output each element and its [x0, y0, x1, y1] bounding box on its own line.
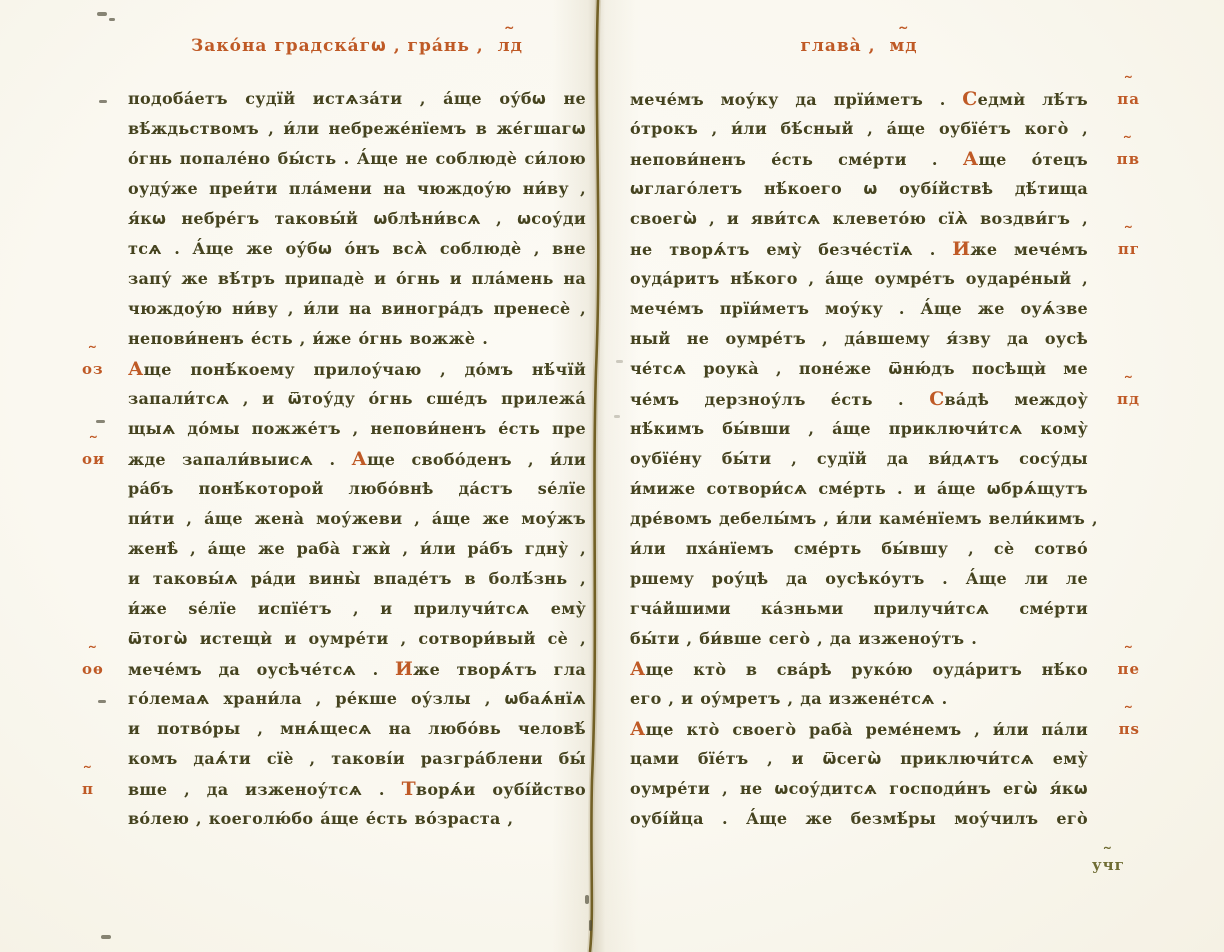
text-segment: мече́мъ моу́ку да прїи́метъ .	[630, 90, 962, 109]
text-segment: оуду́же преи́ти пла́мени на чюждоу́ю ни́…	[128, 179, 586, 198]
text-segment: вѣ́ждьствомъ , и́ли небреже́нїемъ в же́г…	[128, 119, 586, 138]
text-line: непови́ненъ е́сть , и́же о́гнь вожжѐ .	[128, 324, 586, 354]
text-line: нѣ́кимъ бы́вши , а́ще приключи́тсѧ кому̀	[630, 414, 1088, 444]
text-line: мече́мъ моу́ку да прїи́метъ . Седмѝ лѣ́т…	[630, 84, 1088, 114]
running-header-left: Зако́на градска́гѡ , гра́нь , лд	[128, 36, 586, 56]
header-chapter-number: лд	[498, 36, 523, 56]
rubric-initial: А	[352, 448, 368, 470]
text-line: цами бїе́тъ , и ѿсегѡ̀ приключи́тсѧ ему̀	[630, 744, 1088, 774]
text-segment: же мече́мъ	[970, 240, 1088, 259]
text-segment: о́трокъ , и́ли бѣ́сный , а́ще оубїе́тъ к…	[630, 119, 1088, 138]
text-segment: запу́ же вѣ́тръ припадѐ и о́гнь и пла́ме…	[128, 269, 586, 288]
text-line: ра́бъ понѣ́которой любо́внѣ да́стъ ѕе́лї…	[128, 474, 586, 504]
text-segment: ра́бъ понѣ́которой любо́внѣ да́стъ ѕе́лї…	[128, 479, 586, 498]
text-segment: ще о́тецъ	[978, 150, 1088, 169]
scan-speck	[97, 12, 107, 16]
text-line: Аще кто̀ в сва́рѣ руко́ю оуда́ритъ нѣ́ко…	[630, 654, 1088, 684]
text-segment: не творѧ́тъ ему̀ безче́стїѧ .	[630, 240, 952, 259]
text-line: щыѧ до́мы пожже́тъ , непови́ненъ е́сть п…	[128, 414, 586, 444]
text-segment: нѣ́кимъ бы́вши , а́ще приключи́тсѧ кому̀	[630, 419, 1088, 438]
text-line: вше , да изженоу́тсѧ . Творѧ́и оубі́йств…	[128, 774, 586, 804]
margin-article-number: пд	[1117, 385, 1140, 413]
text-line: че́мъ дерзноу́лъ е́сть . Сва́дѣ междоу̀п…	[630, 384, 1088, 414]
text-line: ршему роу́цѣ да оусѣко́утъ . А́ще ли ле	[630, 564, 1088, 594]
book-spread: Зако́на градска́гѡ , гра́нь , лд глава̀ …	[0, 0, 1224, 952]
text-segment: ва́дѣ междоу̀	[945, 390, 1088, 409]
text-segment: своегѡ̀ , и яви́тсѧ клевето́ю сїѧ̀ воздв…	[630, 209, 1088, 228]
margin-article-number: п	[82, 775, 94, 803]
text-line: его , и оу́мретъ , да изжене́тсѧ .	[630, 684, 1088, 714]
text-segment: оуда́ритъ нѣ́кого , а́ще оумре́тъ оударе…	[630, 269, 1088, 288]
text-line: оубїе́ну бы́ти , судїй да ви́дѧтъ сосу́д…	[630, 444, 1088, 474]
text-segment: о́гнь попале́но бы́сть . А́ще не соблюдѐ…	[128, 149, 586, 168]
rubric-initial: А	[630, 658, 646, 680]
scan-speck	[101, 935, 111, 939]
scan-speck	[98, 700, 106, 703]
text-segment: ѡглаго́летъ нѣ́коего ѡ оубі́йствѣ дѣ́тищ…	[630, 179, 1088, 198]
text-line: че́тсѧ роука̀ , поне́же ѿню́дъ посѣщѝ ме	[630, 354, 1088, 384]
text-line: о́трокъ , и́ли бѣ́сный , а́ще оубїе́тъ к…	[630, 114, 1088, 144]
text-line: оубі́йца . А́ще же безмѣ́ры моу́чилъ его…	[630, 804, 1088, 834]
text-segment: запали́тсѧ , и ѿтоу́ду о́гнь сше́дъ прил…	[128, 389, 586, 408]
text-line: оуда́ритъ нѣ́кого , а́ще оумре́тъ оударе…	[630, 264, 1088, 294]
folio-number: учг	[1092, 856, 1125, 874]
text-line: не творѧ́тъ ему̀ безче́стїѧ . Иже мече́м…	[630, 234, 1088, 264]
text-line: ѿтогѡ̀ истещѝ и оумре́ти , сотвори́вый с…	[128, 624, 586, 654]
text-segment: и́ли пха́нїемъ сме́рть бы́вшу , сѐ сотво…	[630, 539, 1088, 558]
text-segment: гча́йшими ка́зньми прилучи́тсѧ сме́рти	[630, 599, 1088, 618]
text-line: гча́йшими ка́зньми прилучи́тсѧ сме́рти	[630, 594, 1088, 624]
text-segment: мече́мъ прїи́метъ моу́ку . А́ще же оуѧ́з…	[630, 299, 1088, 318]
text-line: комъ даѧ́ти сїѐ , такові́и разгра́блени …	[128, 744, 586, 774]
text-line: запали́тсѧ , и ѿтоу́ду о́гнь сше́дъ прил…	[128, 384, 586, 414]
rubric-initial: С	[929, 388, 944, 410]
margin-article-number: ои	[82, 445, 105, 473]
text-segment: и потво́ры , мнѧ́щесѧ на любо́вь человѣ́	[128, 719, 586, 738]
text-segment: бы́ти , би́вше сего̀ , да изженоу́тъ .	[630, 629, 977, 648]
text-segment: ворѧ́и оубі́йство	[416, 780, 586, 799]
text-line: Аще понѣ́коему прилоу́чаю , до́мъ нѣ́чїй…	[128, 354, 586, 384]
right-page: мече́мъ моу́ку да прїи́метъ . Седмѝ лѣ́т…	[630, 84, 1088, 834]
text-segment: оубі́йца . А́ще же безмѣ́ры моу́чилъ его…	[630, 809, 1088, 828]
text-segment: комъ даѧ́ти сїѐ , такові́и разгра́блени …	[128, 749, 586, 768]
text-line: ный не оумре́тъ , да́вшему я́зву да оусѣ	[630, 324, 1088, 354]
text-line: тсѧ . А́ще же оу́бѡ о́нъ всѧ̀ соблюдѐ , …	[128, 234, 586, 264]
rubric-initial: А	[630, 718, 646, 740]
text-line: о́гнь попале́но бы́сть . А́ще не соблюдѐ…	[128, 144, 586, 174]
margin-article-number: па	[1117, 85, 1140, 113]
scan-speck	[99, 100, 107, 103]
text-segment: ще кто̀ своего̀ раба̀ реме́немъ , и́ли п…	[646, 720, 1088, 739]
right-page-lines: мече́мъ моу́ку да прїи́метъ . Седмѝ лѣ́т…	[630, 84, 1088, 834]
text-segment: женѣ̀ , а́ще же раба̀ гжѝ , и́ли ра́бъ г…	[128, 539, 586, 558]
text-line: бы́ти , би́вше сего̀ , да изженоу́тъ .	[630, 624, 1088, 654]
text-line: и́ли пха́нїемъ сме́рть бы́вшу , сѐ сотво…	[630, 534, 1088, 564]
text-line: Аще кто̀ своего̀ раба̀ реме́немъ , и́ли …	[630, 714, 1088, 744]
text-segment: вше , да изженоу́тсѧ .	[128, 780, 402, 799]
text-segment: пи́ти , а́ще жена̀ моу́жеви , а́ще же мо…	[128, 509, 586, 528]
text-segment: оубїе́ну бы́ти , судїй да ви́дѧтъ сосу́д…	[630, 449, 1088, 468]
text-segment: же творѧ́тъ гла	[413, 660, 586, 679]
text-line: пи́ти , а́ще жена̀ моу́жеви , а́ще же мо…	[128, 504, 586, 534]
left-page: подоба́етъ судїй истѧза́ти , а́ще оу́бѡ …	[128, 84, 586, 834]
text-line: я́кѡ небре́гъ таковы́й ѡблѣни́всѧ , ѡсоу…	[128, 204, 586, 234]
text-segment: щыѧ до́мы пожже́тъ , непови́ненъ е́сть п…	[128, 419, 586, 438]
text-line: оуду́же преи́ти пла́мени на чюждоу́ю ни́…	[128, 174, 586, 204]
text-line: ѡглаго́летъ нѣ́коего ѡ оубі́йствѣ дѣ́тищ…	[630, 174, 1088, 204]
rubric-initial: Т	[402, 778, 416, 800]
text-segment: че́мъ дерзноу́лъ е́сть .	[630, 390, 929, 409]
text-line: жде запали́выисѧ . Аще свобо́денъ , и́ли…	[128, 444, 586, 474]
margin-article-number: пв	[1117, 145, 1140, 173]
scan-speck	[589, 920, 592, 931]
text-segment: ный не оумре́тъ , да́вшему я́зву да оусѣ	[630, 329, 1088, 348]
text-segment: и таковы́ѧ ра́ди вины̀ впаде́тъ в болѣ́з…	[128, 569, 586, 588]
text-line: своегѡ̀ , и яви́тсѧ клевето́ю сїѧ̀ воздв…	[630, 204, 1088, 234]
text-line: оумре́ти , не ѡсоу́дитсѧ господи́нъ егѡ̀…	[630, 774, 1088, 804]
scan-speck	[109, 18, 115, 21]
text-segment: чюждоу́ю ни́ву , и́ли на виногра́дъ прен…	[128, 299, 586, 318]
text-segment: непови́ненъ е́сть , и́же о́гнь вожжѐ .	[128, 329, 488, 348]
text-segment: подоба́етъ судїй истѧза́ти , а́ще оу́бѡ …	[128, 89, 586, 108]
rubric-initial: И	[395, 658, 413, 680]
text-segment: и́же ѕе́лїе испїе́тъ , и прилучи́тсѧ ему…	[128, 599, 586, 618]
scan-speck	[614, 415, 620, 418]
running-header-right: глава̀ , мд	[630, 36, 1088, 56]
text-segment: во́лею , коеголю́бо а́ще е́сть во́зраста…	[128, 809, 513, 828]
text-line: мече́мъ прїи́метъ моу́ку . А́ще же оуѧ́з…	[630, 294, 1088, 324]
text-line: и потво́ры , мнѧ́щесѧ на любо́вь человѣ́	[128, 714, 586, 744]
text-segment: го́лемаѧ храни́ла , ре́кше оу́злы , ѡбаѧ…	[128, 689, 586, 708]
text-segment: цами бїе́тъ , и ѿсегѡ̀ приключи́тсѧ ему̀	[630, 749, 1088, 768]
margin-article-number: оѳ	[82, 655, 104, 683]
margin-article-number: оз	[82, 355, 104, 383]
margin-article-number: пѕ	[1119, 715, 1140, 743]
rubric-initial: С	[962, 88, 977, 110]
text-line: го́лемаѧ храни́ла , ре́кше оу́злы , ѡбаѧ…	[128, 684, 586, 714]
text-segment: оумре́ти , не ѡсоу́дитсѧ господи́нъ егѡ̀…	[630, 779, 1088, 798]
text-line: непови́ненъ е́сть сме́рти . Аще о́тецъпв	[630, 144, 1088, 174]
rubric-initial: И	[952, 238, 970, 260]
scan-speck	[96, 420, 105, 423]
text-line: женѣ̀ , а́ще же раба̀ гжѝ , и́ли ра́бъ г…	[128, 534, 586, 564]
scan-speck	[585, 895, 589, 904]
margin-article-number: пг	[1118, 235, 1140, 263]
text-line: запу́ же вѣ́тръ припадѐ и о́гнь и пла́ме…	[128, 264, 586, 294]
text-segment: че́тсѧ роука̀ , поне́же ѿню́дъ посѣщѝ ме	[630, 359, 1088, 378]
rubric-initial: А	[128, 358, 144, 380]
text-segment: я́кѡ небре́гъ таковы́й ѡблѣни́всѧ , ѡсоу…	[128, 209, 586, 228]
text-segment: тсѧ . А́ще же оу́бѡ о́нъ всѧ̀ соблюдѐ , …	[128, 239, 586, 258]
text-segment: ще понѣ́коему прилоу́чаю , до́мъ нѣ́чїй	[144, 360, 586, 379]
header-chapter-number: мд	[889, 36, 917, 56]
text-line: и таковы́ѧ ра́ди вины̀ впаде́тъ в болѣ́з…	[128, 564, 586, 594]
text-segment: ѿтогѡ̀ истещѝ и оумре́ти , сотвори́вый с…	[128, 629, 586, 648]
text-line: дре́вомъ дебелы́мъ , и́ли каме́нїемъ вел…	[630, 504, 1088, 534]
text-segment: и́миже сотвори́сѧ сме́рть . и а́ще ѡбрѧ́…	[630, 479, 1088, 498]
text-line: вѣ́ждьствомъ , и́ли небреже́нїемъ в же́г…	[128, 114, 586, 144]
text-segment: ршему роу́цѣ да оусѣко́утъ . А́ще ли ле	[630, 569, 1088, 588]
text-segment: ще кто̀ в сва́рѣ руко́ю оуда́ритъ нѣ́ко	[646, 660, 1088, 679]
text-segment: едмѝ лѣ́тъ	[978, 90, 1088, 109]
text-line: и́миже сотвори́сѧ сме́рть . и а́ще ѡбрѧ́…	[630, 474, 1088, 504]
text-segment: его , и оу́мретъ , да изжене́тсѧ .	[630, 689, 948, 708]
header-title: Зако́на градска́гѡ , гра́нь ,	[191, 36, 484, 56]
text-line: и́же ѕе́лїе испїе́тъ , и прилучи́тсѧ ему…	[128, 594, 586, 624]
header-title: глава̀ ,	[800, 36, 875, 56]
text-segment: жде запали́выисѧ .	[128, 450, 352, 469]
text-line: подоба́етъ судїй истѧза́ти , а́ще оу́бѡ …	[128, 84, 586, 114]
text-segment: ще свобо́денъ , и́ли	[367, 450, 586, 469]
left-page-lines: подоба́етъ судїй истѧза́ти , а́ще оу́бѡ …	[128, 84, 586, 834]
text-line: во́лею , коеголю́бо а́ще е́сть во́зраста…	[128, 804, 586, 834]
text-segment: мече́мъ да оусѣче́тсѧ .	[128, 660, 395, 679]
text-segment: дре́вомъ дебелы́мъ , и́ли каме́нїемъ вел…	[630, 509, 1098, 528]
text-segment: непови́ненъ е́сть сме́рти .	[630, 150, 963, 169]
text-line: чюждоу́ю ни́ву , и́ли на виногра́дъ прен…	[128, 294, 586, 324]
rubric-initial: А	[963, 148, 979, 170]
text-line: мече́мъ да оусѣче́тсѧ . Иже творѧ́тъ гла…	[128, 654, 586, 684]
margin-article-number: пе	[1117, 655, 1140, 683]
scan-speck	[616, 360, 623, 363]
